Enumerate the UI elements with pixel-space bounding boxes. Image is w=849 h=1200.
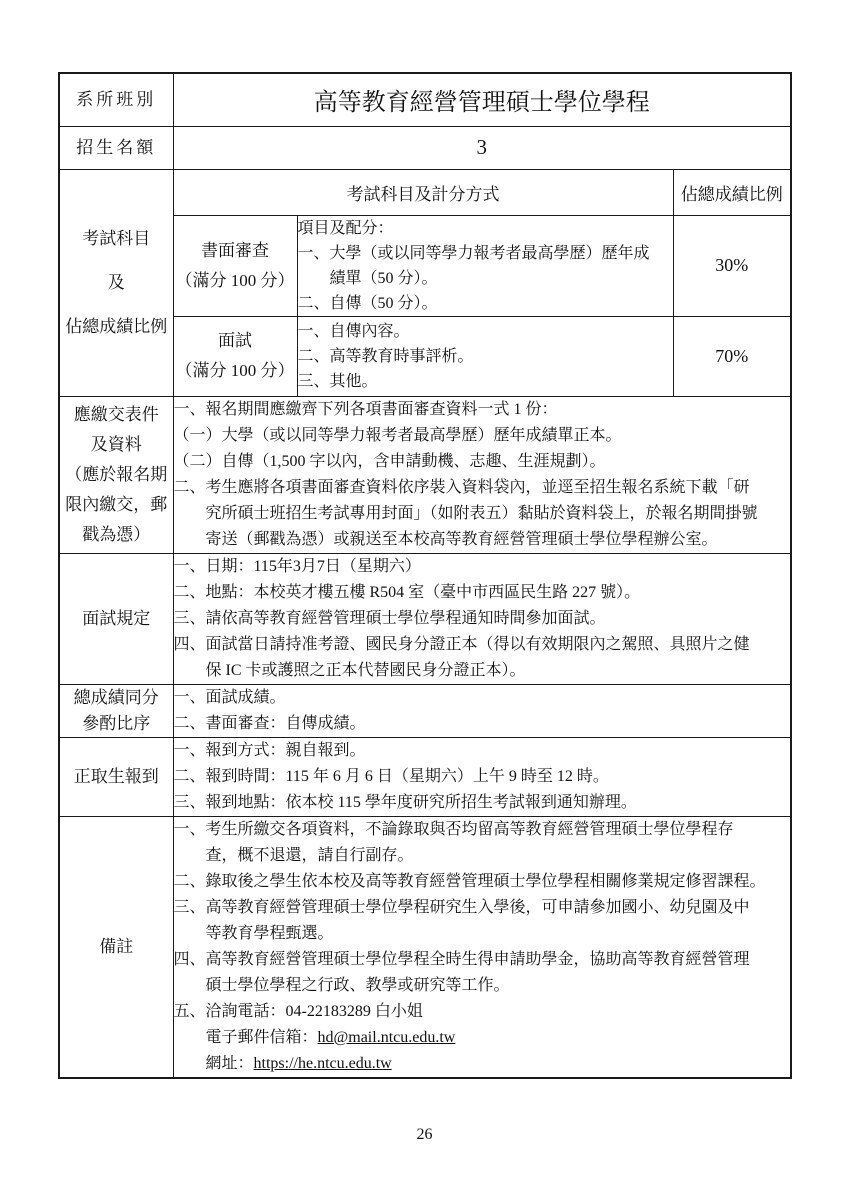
- email-link[interactable]: hd@mail.ntcu.edu.tw: [318, 1029, 456, 1046]
- remarks-label: 備註: [59, 816, 173, 1078]
- text-line: 三、報到地點：依本校 115 學年度研究所招生考試報到通知辦理。: [174, 790, 791, 816]
- interview-subject: 面試 （滿分 100 分）: [173, 316, 297, 396]
- exam-section-label-line: 佔總成績比例: [60, 305, 173, 349]
- website-line: 網址：https://he.ntcu.edu.tw: [174, 1051, 791, 1077]
- exam-section-label-line: 及: [60, 261, 173, 305]
- text-line: 一、自傳內容。: [298, 319, 673, 344]
- text-line: 四、面試當日請持准考證、國民身分證正本（得以有效期限內之駕照、具照片之健: [174, 632, 791, 658]
- documents-label-line: 戳為憑）: [60, 520, 173, 550]
- written-review-subject-line: （滿分 100 分）: [174, 266, 297, 296]
- website-link[interactable]: https://he.ntcu.edu.tw: [254, 1055, 392, 1072]
- exam-method-header: 考試科目及計分方式: [173, 169, 673, 215]
- text-line: 三、其他。: [298, 369, 673, 394]
- website-line-prefix: 網址：: [206, 1055, 254, 1072]
- email-line: 電子郵件信箱：hd@mail.ntcu.edu.tw: [174, 1025, 791, 1051]
- text-line: 項目及配分：: [298, 216, 673, 241]
- text-line: 究所碩士班招生考試專用封面」（如附表五）黏貼於資料袋上，於報名期間掛號: [174, 501, 791, 527]
- text-line: 四、高等教育經營管理碩士學位學程全時生得申請助學金，協助高等教育經營管理: [174, 947, 791, 973]
- tiebreak-label: 總成績同分 參酌比序: [59, 684, 173, 737]
- text-line: 一、報名期間應繳齊下列各項書面審查資料一式 1 份：: [174, 397, 791, 423]
- tiebreak-content: 一、面試成績。 二、書面審查：自傳成績。: [173, 684, 791, 737]
- text-line: 二、考生應將各項書面審查資料依序裝入資料袋內，並逕至招生報名系統下載「研: [174, 475, 791, 501]
- program-title: 高等教育經營管理碩士學位學程: [173, 73, 791, 126]
- documents-content: 一、報名期間應繳齊下列各項書面審查資料一式 1 份： （一）大學（或以同等學力報…: [173, 396, 791, 553]
- written-review-subject-line: 書面審查: [174, 236, 297, 266]
- text-line: 三、高等教育經營管理碩士學位學程研究生入學後，可申請參加國小、幼兒園及中: [174, 895, 791, 921]
- documents-label: 應繳交表件 及資料 （應於報名期 限內繳交，郵 戳為憑）: [59, 396, 173, 553]
- interview-subject-line: （滿分 100 分）: [174, 356, 297, 386]
- exam-section-label: 考試科目 及 佔總成績比例: [59, 169, 173, 396]
- text-line: 二、自傳（50 分）。: [298, 291, 673, 316]
- text-line: 績單（50 分）。: [298, 266, 673, 291]
- text-line: 寄送（郵戳為憑）或親送至本校高等教育經營管理碩士學位學程辦公室。: [174, 527, 791, 553]
- text-line: 查，概不退還，請自行副存。: [174, 843, 791, 869]
- documents-label-line: （應於報名期: [60, 460, 173, 490]
- text-line: 一、考生所繳交各項資料，不論錄取與否均留高等教育經營管理碩士學位學程存: [174, 817, 791, 843]
- page-number: 26: [0, 1126, 849, 1144]
- document-page: 系所班別 高等教育經營管理碩士學位學程 招生名額 3 考試科目 及 佔總成績比例…: [0, 0, 849, 1200]
- text-line: （二）自傳（1,500 字以內，含申請動機、志趣、生涯規劃）。: [174, 449, 791, 475]
- text-line: 一、日期：115年3月7日（星期六）: [174, 554, 791, 580]
- interview-items: 一、自傳內容。 二、高等教育時事評析。 三、其他。: [297, 316, 673, 396]
- text-line: 等教育學程甄選。: [174, 921, 791, 947]
- text-line: 二、書面審查：自傳成績。: [174, 711, 791, 737]
- text-line: 二、報到時間：115 年 6 月 6 日（星期六）上午 9 時至 12 時。: [174, 764, 791, 790]
- interview-ratio: 70%: [673, 316, 791, 396]
- quota-label: 招生名額: [59, 126, 173, 169]
- documents-label-line: 應繳交表件: [60, 400, 173, 430]
- email-line-prefix: 電子郵件信箱：: [206, 1029, 318, 1046]
- interview-rules-label: 面試規定: [59, 553, 173, 684]
- text-line: 一、大學（或以同等學力報考者最高學歷）歷年成: [298, 241, 673, 266]
- written-review-ratio: 30%: [673, 215, 791, 316]
- tiebreak-label-line: 總成績同分: [60, 685, 173, 711]
- text-line: 保 IC 卡或護照之正本代替國民身分證正本）。: [174, 658, 791, 684]
- text-line: （一）大學（或以同等學力報考者最高學歷）歷年成績單正本。: [174, 423, 791, 449]
- written-review-subject: 書面審查 （滿分 100 分）: [173, 215, 297, 316]
- written-review-items: 項目及配分： 一、大學（或以同等學力報考者最高學歷）歷年成 績單（50 分）。 …: [297, 215, 673, 316]
- documents-label-line: 限內繳交，郵: [60, 490, 173, 520]
- text-line: 一、報到方式：親自報到。: [174, 738, 791, 764]
- checkin-content: 一、報到方式：親自報到。 二、報到時間：115 年 6 月 6 日（星期六）上午…: [173, 737, 791, 816]
- quota-value: 3: [173, 126, 791, 169]
- remarks-content: 一、考生所繳交各項資料，不論錄取與否均留高等教育經營管理碩士學位學程存 查，概不…: [173, 816, 791, 1078]
- text-line: 一、面試成績。: [174, 685, 791, 711]
- text-line: 二、地點：本校英才樓五樓 R504 室（臺中市西區民生路 227 號）。: [174, 580, 791, 606]
- exam-section-label-line: 考試科目: [60, 217, 173, 261]
- text-line: 二、錄取後之學生依本校及高等教育經營管理碩士學位學程相關修業規定修習課程。: [174, 869, 791, 895]
- text-line: 二、高等教育時事評析。: [298, 344, 673, 369]
- program-type-label: 系所班別: [59, 73, 173, 126]
- documents-label-line: 及資料: [60, 430, 173, 460]
- text-line: 碩士學位學程之行政、教學或研究等工作。: [174, 973, 791, 999]
- interview-rules-content: 一、日期：115年3月7日（星期六） 二、地點：本校英才樓五樓 R504 室（臺…: [173, 553, 791, 684]
- checkin-label: 正取生報到: [59, 737, 173, 816]
- admission-table: 系所班別 高等教育經營管理碩士學位學程 招生名額 3 考試科目 及 佔總成績比例…: [58, 72, 792, 1079]
- tiebreak-label-line: 參酌比序: [60, 711, 173, 737]
- text-line: 三、請依高等教育經營管理碩士學位學程通知時間參加面試。: [174, 606, 791, 632]
- score-ratio-header: 佔總成績比例: [673, 169, 791, 215]
- interview-subject-line: 面試: [174, 326, 297, 356]
- text-line: 五、洽詢電話：04-22183289 白小姐: [174, 999, 791, 1025]
